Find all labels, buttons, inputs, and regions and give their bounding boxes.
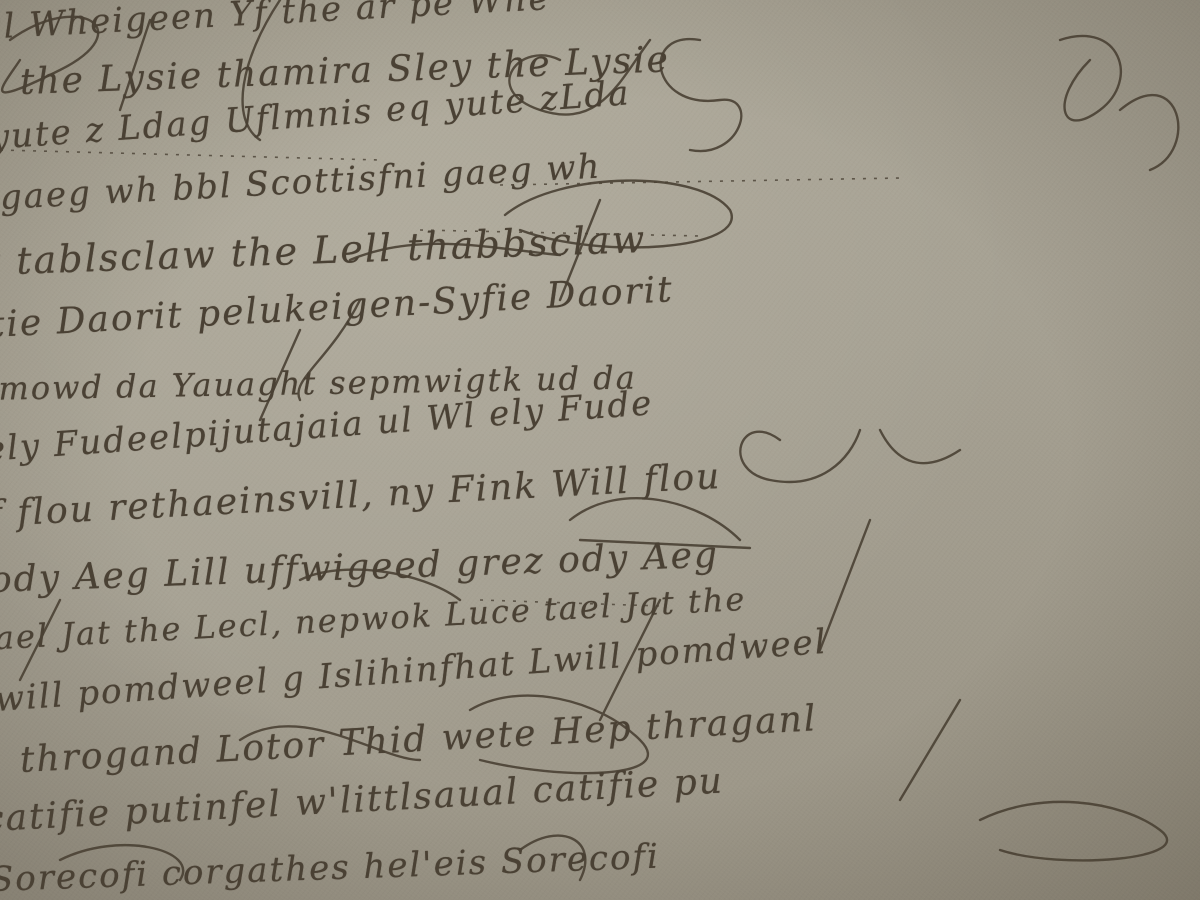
paper-background: gl Wheigeen Yf the ar pe Whe the Lysie t… — [0, 0, 1200, 900]
